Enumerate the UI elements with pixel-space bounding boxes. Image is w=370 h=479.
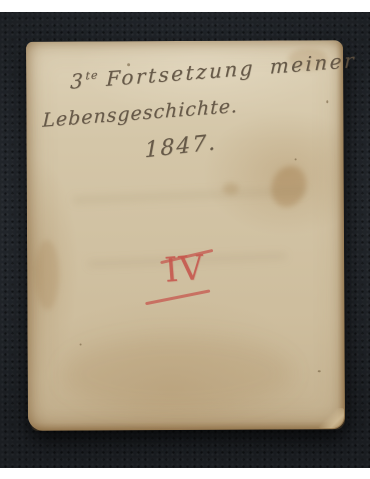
- title-line-1: 3teFortsetzung meiner: [70, 48, 357, 94]
- page-stack-edge-right: [336, 42, 345, 427]
- paper-speck: [295, 158, 297, 160]
- paper-speck: [326, 100, 328, 103]
- photo-frame: 3teFortsetzung meiner Lebensgeschichte. …: [0, 0, 370, 479]
- title-ordinal-number: 3: [70, 68, 86, 93]
- title-year: 1847.: [144, 130, 217, 163]
- ink-show-through: [72, 186, 307, 204]
- volume-numeral: IV: [163, 248, 206, 291]
- paper-stain: [35, 240, 59, 310]
- notebook-cover: 3teFortsetzung meiner Lebensgeschichte. …: [26, 40, 345, 431]
- paper-speck: [318, 370, 321, 372]
- volume-number-group: IV: [141, 245, 235, 310]
- page-stack-edge-bottom: [30, 421, 344, 431]
- photo-background: 3teFortsetzung meiner Lebensgeschichte. …: [0, 12, 370, 468]
- title-line-2: Lebensgeschichte.: [42, 95, 238, 132]
- title-line-1-text: Fortsetzung meiner: [106, 48, 357, 91]
- paper-stain: [63, 335, 293, 411]
- title-ordinal-suffix: te: [85, 68, 98, 82]
- paper-speck: [80, 344, 82, 346]
- numeral-underline: [145, 289, 210, 304]
